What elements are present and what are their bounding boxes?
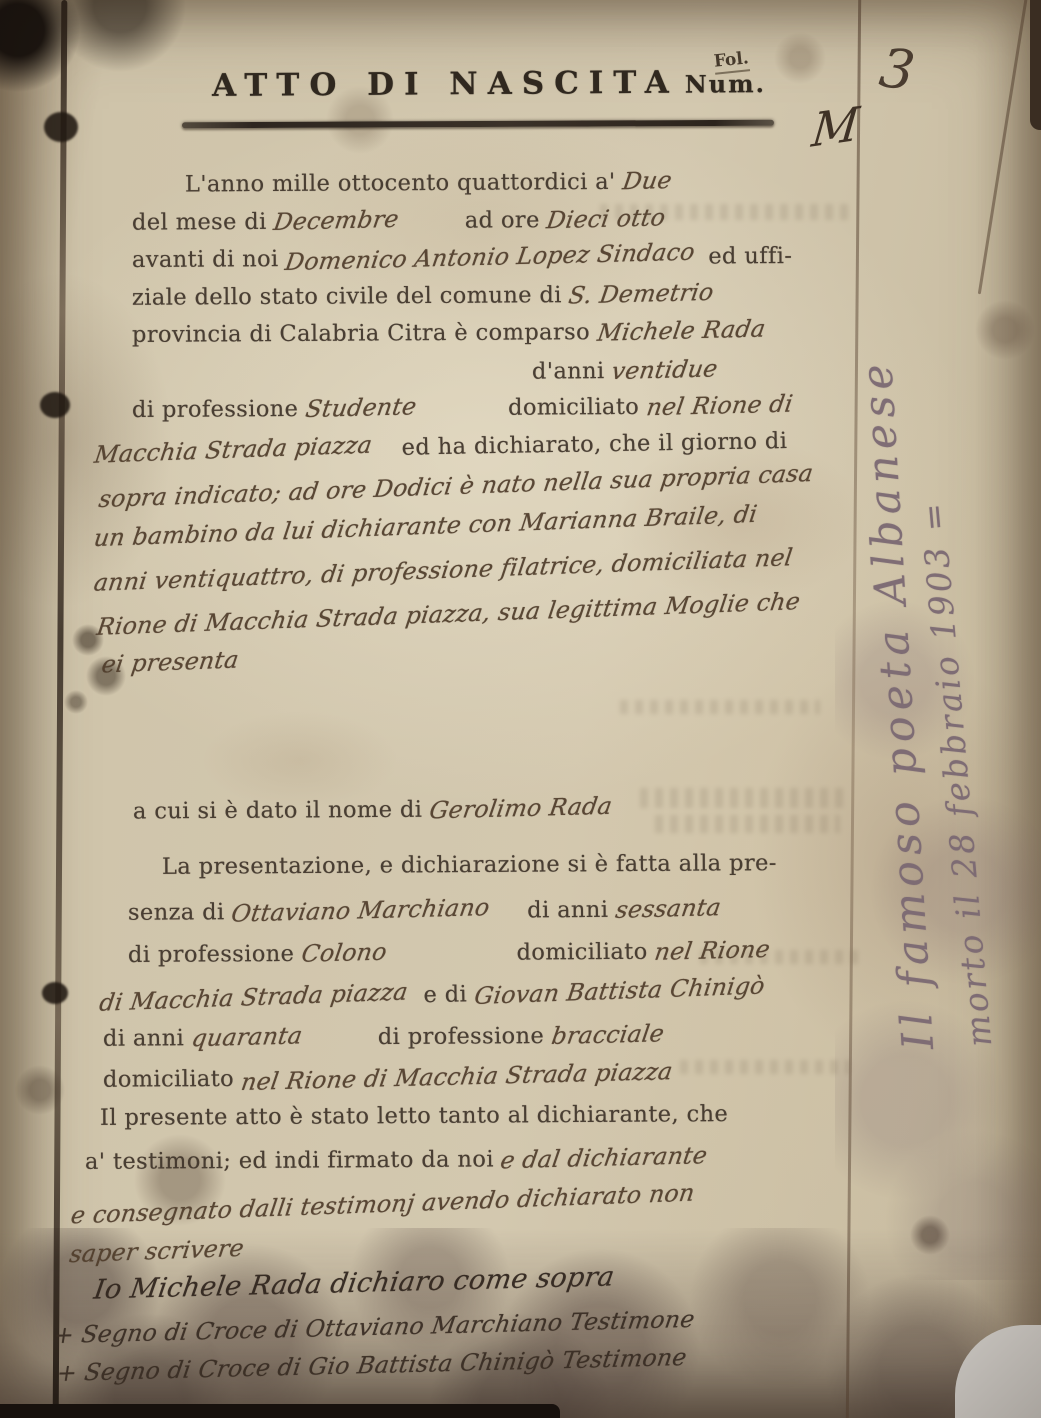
- fol-label: Fol.: [713, 48, 750, 75]
- handwritten-entry: Colono: [300, 938, 389, 968]
- printed-text: d'anni: [532, 358, 612, 384]
- printed-text: a' testimoni; ed indi firmato da noi: [85, 1146, 502, 1175]
- ink-bleedthrough: [655, 815, 840, 833]
- handwritten-entry: nel Rione: [653, 935, 772, 966]
- document-line: di professione Colonodomiciliato nel Rio…: [128, 936, 770, 968]
- printed-text: Il presente atto è stato letto tanto al …: [100, 1101, 728, 1131]
- document-line: provincia di Calabria Citra è comparso M…: [132, 316, 765, 348]
- printed-text: ed uffi-: [708, 243, 792, 270]
- document-line: senza di Ottaviano Marchianodi anni sess…: [128, 894, 721, 926]
- handwritten-entry: Dieci otto: [545, 203, 668, 234]
- printed-text: domiciliato: [508, 394, 647, 421]
- document-scan: ATTO DI NASCITANum. Fol. 3 M L'anno mill…: [0, 0, 1041, 1418]
- document-line: di anni quarantadi professione bracciale: [103, 1020, 664, 1051]
- handwritten-entry: S. Demetrio: [567, 278, 716, 310]
- printed-text: di professione: [128, 941, 302, 968]
- printed-text: L'anno mille ottocento quattordici a': [185, 169, 623, 198]
- document-line: + Segno di Croce di Ottaviano Marchiano …: [55, 1311, 694, 1343]
- page-edge: [1030, 0, 1041, 130]
- document-line: L'anno mille ottocento quattordici a' Du…: [185, 167, 672, 198]
- document-line: a cui si è dato il nome di Gerolimo Rada: [133, 794, 612, 825]
- printed-text: di anni: [527, 897, 616, 924]
- printed-text: domiciliato: [517, 939, 656, 966]
- handwritten-entry: quaranta: [189, 1021, 304, 1052]
- handwritten-entry: Decembre: [272, 205, 401, 236]
- printed-text: ad ore: [465, 207, 548, 234]
- printed-text: a cui si è dato il nome di: [133, 797, 430, 825]
- handwritten-entry: bracciale: [549, 1019, 665, 1050]
- handwritten-entry: ei presenta: [100, 645, 241, 678]
- document-line: avanti di noi Domenico Antonio Lopez Sin…: [132, 241, 792, 273]
- blank-space: [416, 415, 508, 416]
- document-line: ziale dello stato civile del comune di S…: [132, 279, 714, 311]
- document-line: + Segno di Croce di Gio Battista Chinigò…: [58, 1349, 686, 1381]
- printed-text: provincia di Calabria Citra è comparso: [132, 319, 598, 348]
- document-line: Il presente atto è stato letto tanto al …: [100, 1101, 728, 1131]
- page-edge: [0, 1404, 560, 1418]
- margin-mark: M: [809, 96, 861, 158]
- ink-bleedthrough: [620, 700, 820, 714]
- ink-bleedthrough: [680, 1060, 850, 1074]
- handwritten-entry: Due: [621, 166, 674, 195]
- printed-text: La presentazione, e dichiarazione si è f…: [162, 850, 777, 880]
- document-line: del mese di Decembread ore Dieci otto: [132, 204, 666, 235]
- printed-text: domiciliato: [103, 1066, 242, 1093]
- printed-text: di anni: [103, 1025, 192, 1052]
- blank-space: [372, 455, 402, 456]
- printed-text: di professione: [132, 396, 306, 423]
- printed-text: del mese di: [132, 209, 274, 236]
- binding-knot: [42, 982, 68, 1004]
- document-line: saper scrivere: [70, 1235, 244, 1266]
- document-title: ATTO DI NASCITANum.: [212, 64, 766, 104]
- handwritten-entry: sessanta: [614, 893, 723, 924]
- handwritten-entry: Gerolimo Rada: [427, 792, 614, 825]
- printed-text: avanti di noi: [132, 246, 286, 273]
- printed-text: e di: [423, 981, 475, 1008]
- handwritten-entry: Studente: [304, 392, 419, 423]
- document-line: di professione Studentedomiciliato nel R…: [132, 391, 792, 423]
- handwritten-entry: Michele Rada: [595, 314, 767, 346]
- handwritten-entry: Ottaviano Marchiano: [230, 893, 492, 928]
- binding-knot: [44, 112, 78, 142]
- handwritten-entry: e dal dichiarante: [499, 1141, 710, 1174]
- blank-space: [387, 960, 517, 961]
- document-line: ei presenta: [102, 647, 239, 677]
- printed-text: di professione: [378, 1023, 552, 1050]
- document-line: La presentazione, e dichiarazione si è f…: [162, 850, 777, 880]
- handwritten-entry: saper scrivere: [68, 1234, 246, 1268]
- binding-knot: [40, 392, 70, 418]
- handwritten-entry: ventidue: [610, 354, 720, 385]
- document-line: a' testimoni; ed indi firmato da noi e d…: [85, 1143, 707, 1175]
- printed-text: ziale dello stato civile del comune di: [132, 282, 570, 311]
- ink-bleedthrough: [640, 788, 845, 808]
- handwritten-entry: nel Rione di: [644, 390, 794, 422]
- document-line: domiciliato nel Rione di Macchia Strada …: [103, 1061, 672, 1092]
- document-line: d'anni ventidue: [532, 355, 718, 384]
- document-line: Io Michele Rada dichiaro come sopra: [95, 1266, 614, 1300]
- title-text: ATTO DI NASCITA: [212, 65, 679, 104]
- printed-text: senza di: [128, 899, 232, 926]
